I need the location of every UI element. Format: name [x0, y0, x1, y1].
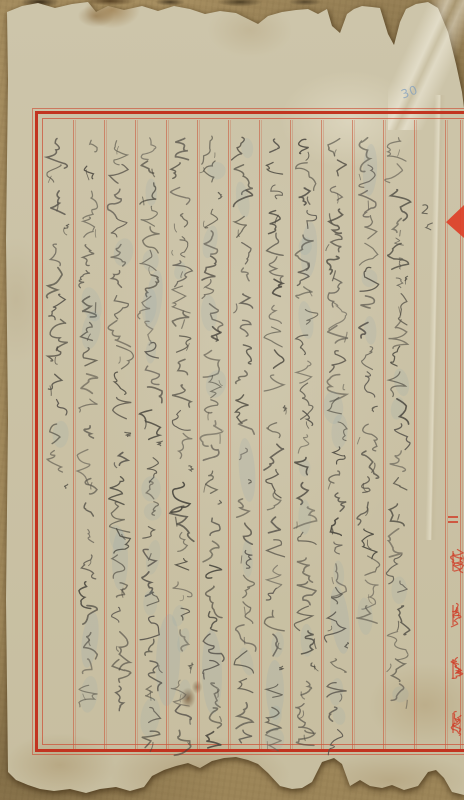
manuscript-scan: 2 30 あなもとい、それが唯一がの抗議ももない文微軍 にこそ手の優となりへ、こ…	[0, 0, 464, 800]
pencil-page-number: 2	[420, 203, 430, 219]
red-ruled-frame	[35, 111, 464, 752]
